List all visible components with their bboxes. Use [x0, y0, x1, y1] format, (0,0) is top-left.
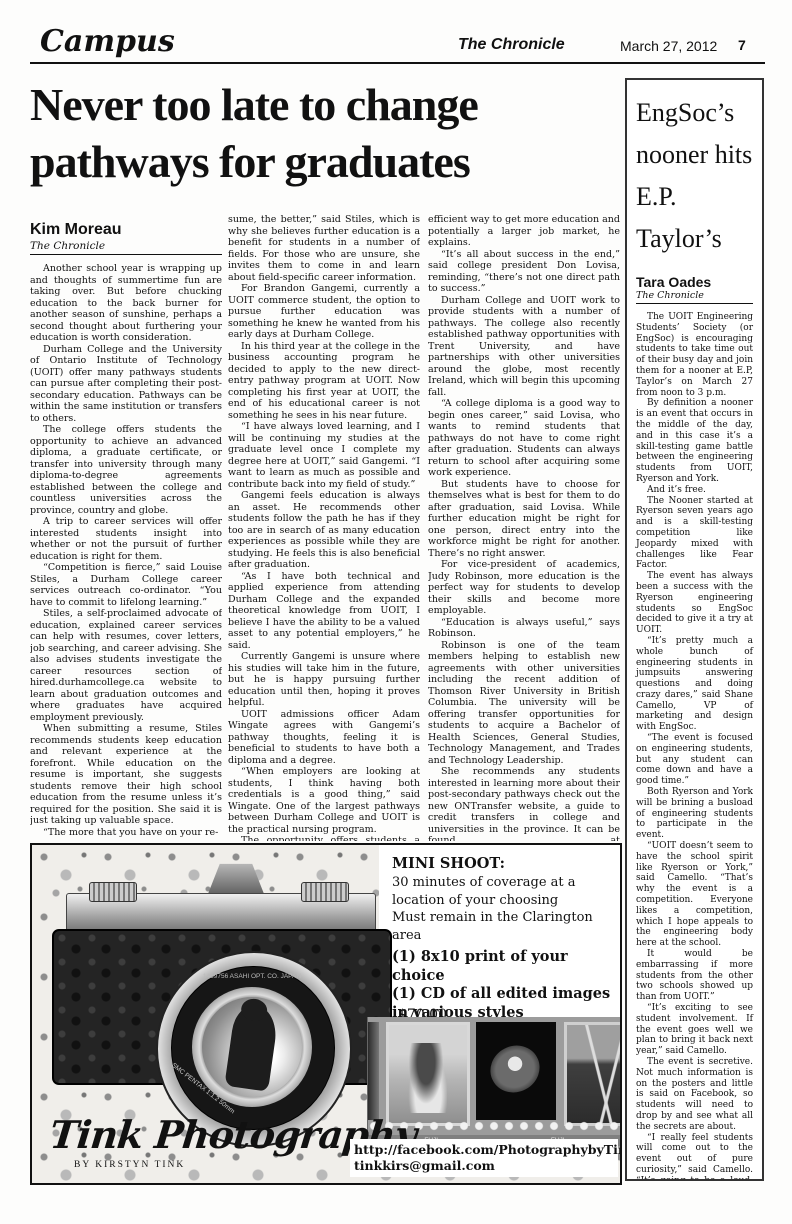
article-paragraph: “The more that you have on your re- — [30, 827, 222, 839]
article-paragraph: Durham College and UOIT work to provide … — [428, 295, 620, 399]
sidebar-article: EngSoc’s nooner hits E.P. Taylor’s Tara … — [625, 78, 764, 1181]
main-headline: Never too late to change pathways for gr… — [30, 76, 622, 190]
sidebar-body: The UOIT Engineering Students’ Society (… — [636, 312, 753, 1181]
issue-date: March 27, 2012 — [620, 38, 717, 54]
article-paragraph: “Competition is fierce,” said Louise Sti… — [30, 562, 222, 608]
article-paragraph: “The event is focused on engineering stu… — [636, 733, 753, 787]
article-paragraph: “I really feel students will come out to… — [636, 1133, 753, 1181]
article-paragraph: “It’s exciting to see student involvemen… — [636, 1003, 753, 1057]
email-address: tinkkirs@gmail.com — [354, 1158, 614, 1174]
ad-detail-line: 30 minutes of coverage at a — [392, 874, 620, 892]
ad-detail-line: location of your choosing — [392, 892, 620, 910]
article-paragraph: Durham College and the University of Ont… — [30, 344, 222, 425]
page-header: Campus The Chronicle March 27, 2012 7 — [30, 24, 765, 64]
ad-offer-details: 30 minutes of coverage at a location of … — [392, 874, 620, 944]
article-paragraph: “I have always loved learning, and I wil… — [228, 421, 420, 490]
article-paragraph: Both Ryerson and York will be brining a … — [636, 787, 753, 841]
filmstrip-photo-couple — [386, 1022, 470, 1126]
ad-contact-box: http://facebook.com/PhotographybyTink ti… — [350, 1139, 618, 1177]
photography-advertisement: PENTAX 1469756 ASAHI OPT. CO. JAPAN SMC … — [30, 843, 622, 1185]
section-title: Campus — [40, 24, 175, 59]
article-paragraph: “As I have both technical and applied ex… — [228, 571, 420, 652]
article-paragraph: “A college diploma is a good way to begi… — [428, 398, 620, 479]
silhouette-figure — [224, 1002, 279, 1091]
article-column-3: efficient way to get more education and … — [428, 214, 620, 841]
filmstrip-photo-railroad — [564, 1022, 622, 1126]
article-paragraph: The college offers students the opportun… — [30, 424, 222, 516]
newspaper-page: Campus The Chronicle March 27, 2012 7 Ne… — [0, 0, 792, 1224]
article-paragraph: By definition a nooner is an event that … — [636, 398, 753, 484]
article-paragraph: UOIT admissions officer Adam Wingate agr… — [228, 709, 420, 767]
author-credit: The Chronicle — [30, 240, 222, 255]
article-paragraph: A trip to career services will offer int… — [30, 516, 222, 562]
article-paragraph: efficient way to get more education and … — [428, 214, 620, 249]
lens-ring-text: 1469756 ASAHI OPT. CO. JAPAN — [171, 973, 333, 980]
article-column-1: Another school year is wrapping up and t… — [30, 263, 222, 841]
sidebar-author-name: Tara Oades — [636, 274, 753, 290]
filmstrip-photo-football — [476, 1022, 556, 1120]
article-paragraph: The event has always been a success with… — [636, 571, 753, 636]
main-byline: Kim Moreau The Chronicle — [30, 221, 222, 255]
article-paragraph: And it’s free. — [636, 485, 753, 496]
lens-portrait-photo — [202, 997, 302, 1097]
ad-detail-line: Must remain in the Clarington area — [392, 909, 620, 944]
article-paragraph: But students have to choose for themselv… — [428, 479, 620, 560]
filmstrip-photo-partial — [368, 1022, 379, 1120]
article-paragraph: The UOIT Engineering Students’ Society (… — [636, 312, 753, 398]
article-column-2: sume, the better,” said Stiles, which is… — [228, 214, 420, 841]
article-paragraph: “When employers are looking at students,… — [228, 766, 420, 835]
sidebar-author-credit: The Chronicle — [636, 290, 753, 304]
article-paragraph: The event is secretive. Not much informa… — [636, 1057, 753, 1133]
sidebar-byline: Tara Oades The Chronicle — [636, 274, 753, 304]
ad-offer-line: (1) 8x10 print of your choice — [392, 948, 620, 985]
article-paragraph: “Education is always useful,” says Robin… — [428, 617, 620, 640]
camera-dial-icon — [89, 882, 137, 902]
publication-name: The Chronicle — [458, 36, 565, 54]
article-paragraph: Another school year is wrapping up and t… — [30, 263, 222, 344]
article-paragraph: It would be embarrassing if more student… — [636, 949, 753, 1003]
ad-offer-title: MINI SHOOT: — [392, 855, 505, 872]
camera-photo: PENTAX 1469756 ASAHI OPT. CO. JAPAN SMC … — [40, 849, 392, 1149]
article-paragraph: “It’s pretty much a whole bunch of engin… — [636, 636, 753, 733]
camera-dial-icon — [301, 882, 349, 902]
facebook-url: http://facebook.com/PhotographybyTink — [354, 1142, 614, 1158]
article-paragraph: In his third year at the college in the … — [228, 341, 420, 422]
ad-offer-line: (1) CD of all edited images — [392, 985, 620, 1004]
article-paragraph: Currently Gangemi is unsure where his st… — [228, 651, 420, 709]
article-paragraph: “UOIT doesn’t seem to have the school sp… — [636, 841, 753, 949]
article-paragraph: Robinson is one of the team members help… — [428, 640, 620, 767]
article-paragraph: For vice-president of academics, Judy Ro… — [428, 559, 620, 617]
article-paragraph: “It’s all about success in the end,” sai… — [428, 249, 620, 295]
sidebar-headline: EngSoc’s nooner hits E.P. Taylor’s — [636, 92, 753, 260]
page-number: 7 — [738, 37, 746, 53]
author-name: Kim Moreau — [30, 221, 222, 239]
article-paragraph: The opportunity offers students a cost- — [228, 835, 420, 841]
article-paragraph: Gangemi feels education is always an ass… — [228, 490, 420, 571]
article-paragraph: When submitting a resume, Stiles recomme… — [30, 723, 222, 827]
article-paragraph: The Nooner started at Ryerson seven year… — [636, 496, 753, 572]
article-paragraph: She recommends any students interested i… — [428, 766, 620, 841]
ad-brand-tagline: BY KIRSTYN TINK — [74, 1160, 185, 1170]
article-paragraph: sume, the better,” said Stiles, which is… — [228, 214, 420, 283]
article-paragraph: For Brandon Gangemi, currently a UOIT co… — [228, 283, 420, 341]
article-paragraph: Stiles, a self-proclaimed advocate of ed… — [30, 608, 222, 723]
